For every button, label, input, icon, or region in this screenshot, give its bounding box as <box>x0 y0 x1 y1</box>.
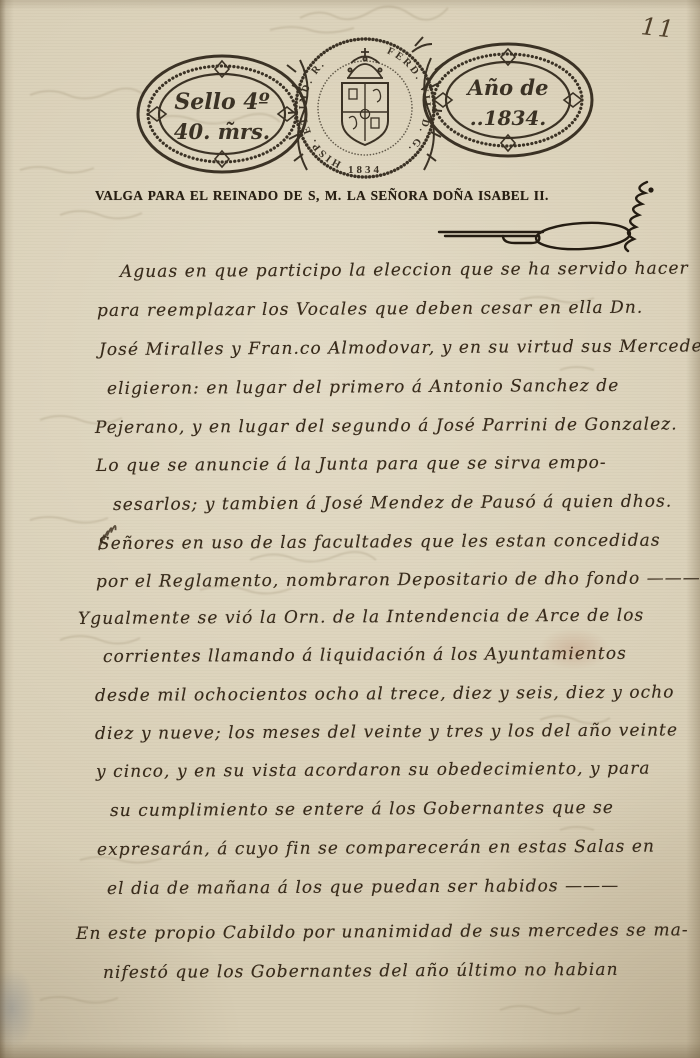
manuscript-line: Señores en uso de las facultades que les… <box>98 531 661 555</box>
folio-number: 11 <box>640 12 677 43</box>
manuscript-line: nifestó que los Gobernantes del año últi… <box>103 960 619 984</box>
manuscript-line: eligieron: en lugar del primero á Antoni… <box>107 376 619 400</box>
rubric-flourish-icon <box>425 176 655 254</box>
stamp-year-oval: Año de ..1834. <box>424 44 592 156</box>
stamp-year-line1: Año de <box>466 75 549 100</box>
manuscript-line: Aguas en que participo la eleccion que s… <box>120 259 689 283</box>
manuscript-line: su cumplimiento se entere á los Gobernan… <box>110 798 614 821</box>
manuscript-line: Lo que se anuncie á la Junta para que se… <box>96 453 607 477</box>
manuscript-line: diez y nueve; los meses del veinte y tre… <box>95 720 678 744</box>
stamp-sello-line2: 40. m̃rs. <box>174 119 270 144</box>
stamp-year-line2: ..1834. <box>470 106 547 130</box>
stamp-royal-seal: FERD. VII. D. G. HISP. ET IND. R. 1834 <box>296 39 434 177</box>
manuscript-line: por el Reglamento, nombraron Depositario… <box>96 568 700 592</box>
page-edge-top <box>0 0 700 10</box>
page-edge-bottom <box>0 1042 700 1058</box>
stamp-row: Sello 4º 40. m̃rs. <box>130 26 600 186</box>
page-edge-left <box>0 0 14 1058</box>
manuscript-line: expresarán, á cuyo fin se comparecerán e… <box>97 837 655 861</box>
manuscript-line: y cinco, y en su vista acordaron su obed… <box>96 759 651 783</box>
shield-icon <box>342 83 388 145</box>
stamp-sello-oval: Sello 4º 40. m̃rs. <box>138 56 306 172</box>
manuscript-line: Pejerano, y en lugar del segundo á José … <box>95 414 678 438</box>
page-edge-right <box>686 0 700 1058</box>
manuscript-line: En este propio Cabildo por unanimidad de… <box>76 920 689 944</box>
manuscript-page: 11 Sello 4º 40. m̃rs. <box>0 0 700 1058</box>
stamp-sello-line1: Sello 4º <box>174 89 269 115</box>
manuscript-line: sesarlos; y tambien á José Mendez de Pau… <box>113 492 672 516</box>
manuscript-line: Ygualmente se vió la Orn. de la Intenden… <box>78 606 644 630</box>
manuscript-line: para reemplazar los Vocales que deben ce… <box>97 298 643 322</box>
ink-stain <box>0 968 36 1048</box>
manuscript-line: el dia de mañana á los que puedan ser ha… <box>107 876 619 900</box>
manuscript-line: corrientes llamando á liquidación á los … <box>103 644 627 668</box>
seal-year: 1834 <box>348 164 382 176</box>
manuscript-line: José Miralles y Fran.co Almodovar, y en … <box>99 336 700 360</box>
manuscript-line: desde mil ochocientos ocho al trece, die… <box>95 682 675 706</box>
